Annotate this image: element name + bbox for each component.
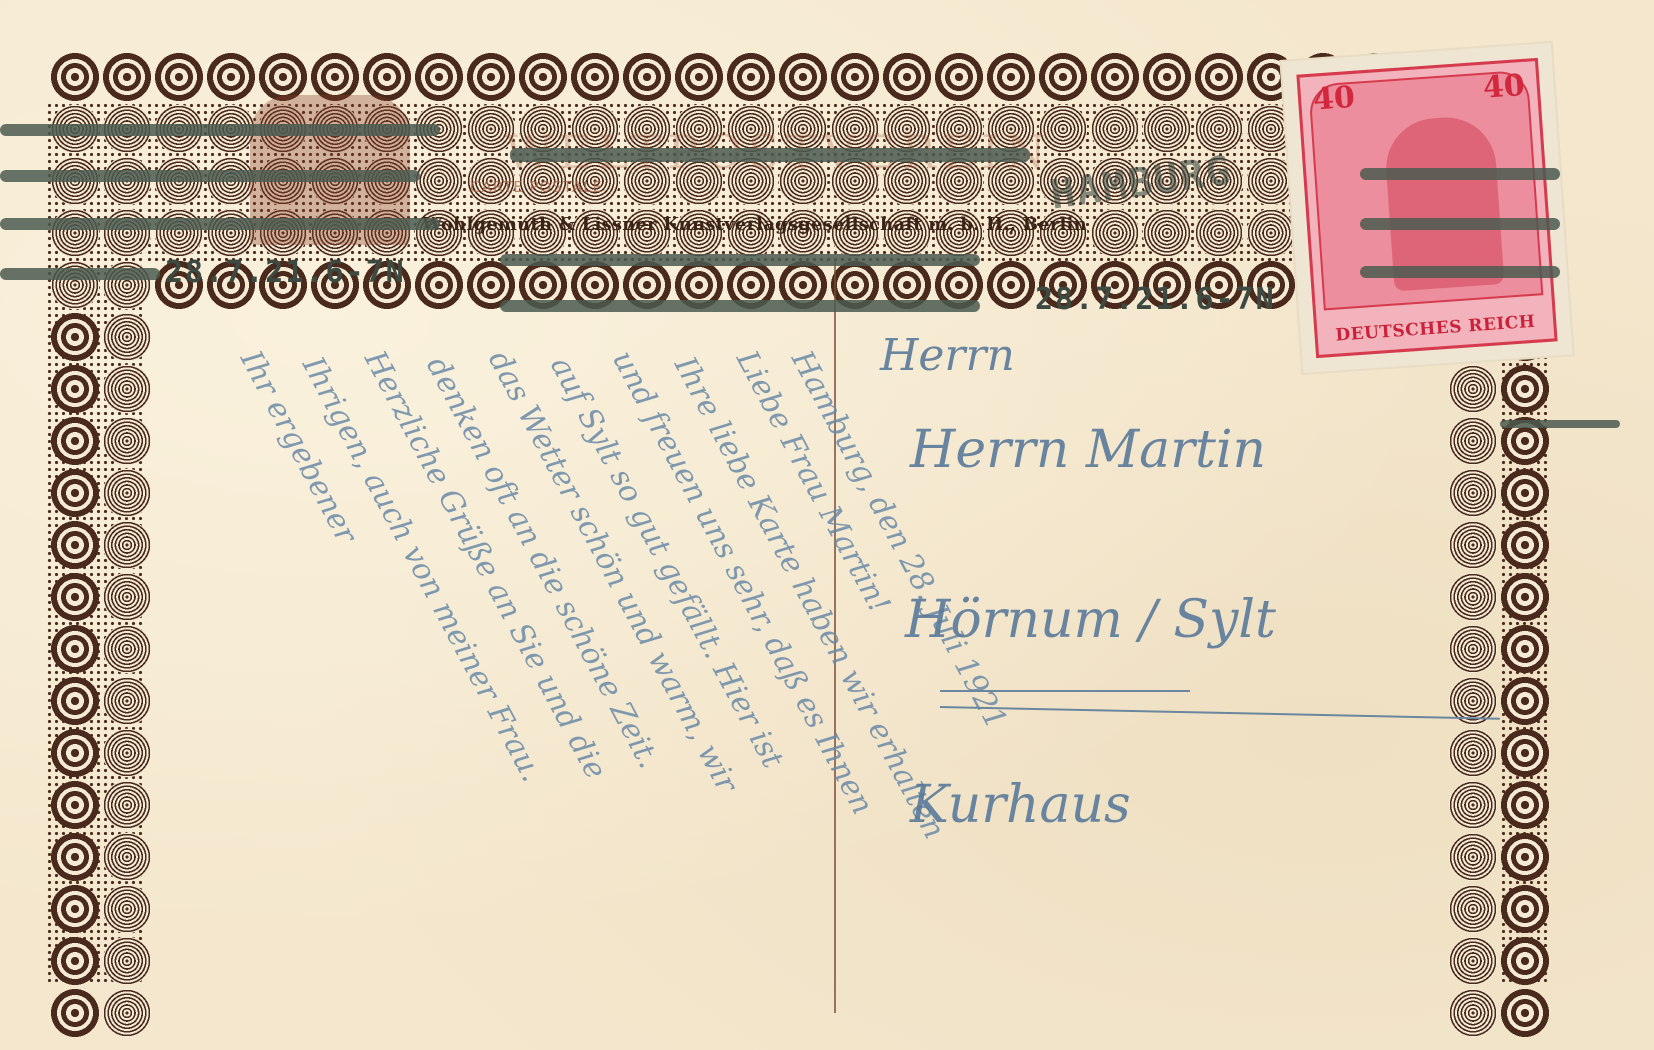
border-ring-icon — [1448, 728, 1498, 778]
border-ring-icon — [1500, 884, 1550, 934]
border-ring-icon — [882, 52, 932, 102]
border-ring-icon — [50, 572, 100, 622]
border-ring-icon — [102, 364, 152, 414]
border-ring-icon — [1500, 988, 1550, 1038]
border-ring-icon — [934, 52, 984, 102]
postcard: WELTPOSTVEREIN CARTE POSTALE Wohlgemuth … — [0, 0, 1654, 1050]
border-ring-icon — [1448, 364, 1498, 414]
border-ring-icon — [1090, 208, 1140, 258]
border-ring-icon — [102, 208, 152, 258]
border-ring-icon — [518, 52, 568, 102]
border-ring-icon — [414, 52, 464, 102]
border-ring-icon — [414, 260, 464, 310]
border-ring-icon — [1500, 520, 1550, 570]
border-ring-icon — [154, 52, 204, 102]
border-ring-icon — [50, 936, 100, 986]
cancel-bar — [0, 268, 160, 280]
address-line-4: Kurhaus — [910, 775, 1131, 835]
border-ring-icon — [570, 52, 620, 102]
border-ring-icon — [102, 728, 152, 778]
border-ring-icon — [1500, 936, 1550, 986]
border-ring-icon — [1090, 104, 1140, 154]
border-ring-icon — [102, 988, 152, 1038]
border-ring-icon — [1500, 832, 1550, 882]
cancel-bar — [0, 218, 440, 230]
germania-portrait-icon — [1383, 114, 1505, 291]
cancel-bar — [500, 300, 980, 312]
stamp-cancel-bar — [1500, 420, 1620, 428]
border-ring-icon — [1142, 104, 1192, 154]
border-ring-icon — [1500, 624, 1550, 674]
border-ring-icon — [154, 208, 204, 258]
border-ring-icon — [1448, 624, 1498, 674]
border-ring-icon — [102, 832, 152, 882]
border-ring-icon — [1500, 728, 1550, 778]
border-ring-icon — [102, 520, 152, 570]
border-ring-icon — [674, 52, 724, 102]
border-ring-icon — [726, 52, 776, 102]
border-ring-icon — [102, 468, 152, 518]
cancel-bar — [0, 170, 420, 182]
stamp-country: DEUTSCHES REICH — [1317, 310, 1554, 346]
cancel-bar — [500, 254, 980, 266]
border-ring-icon — [466, 52, 516, 102]
stamp-value-right: 40 — [1482, 68, 1526, 106]
border-ring-icon — [50, 884, 100, 934]
stamp-cancel-bar — [1360, 266, 1560, 278]
border-ring-icon — [830, 52, 880, 102]
border-ring-icon — [1194, 208, 1244, 258]
border-ring-icon — [1194, 52, 1244, 102]
postmark-date-left: 28.7.21.6-7N — [165, 255, 406, 290]
border-ring-icon — [206, 208, 256, 258]
border-ring-icon — [50, 780, 100, 830]
border-ring-icon — [50, 676, 100, 726]
border-ring-icon — [1448, 572, 1498, 622]
border-ring-icon — [50, 312, 100, 362]
publisher-line: Wohlgemuth & Lissner Kunstverlagsgesells… — [422, 214, 1087, 235]
border-ring-icon — [102, 416, 152, 466]
border-ring-icon — [50, 364, 100, 414]
border-ring-icon — [50, 208, 100, 258]
border-ring-icon — [1448, 832, 1498, 882]
border-ring-icon — [986, 260, 1036, 310]
border-ring-icon — [1246, 208, 1296, 258]
border-ring-icon — [1500, 676, 1550, 726]
border-ring-icon — [102, 312, 152, 362]
border-ring-icon — [50, 52, 100, 102]
border-ring-icon — [1142, 52, 1192, 102]
border-ring-icon — [1500, 364, 1550, 414]
border-ring-icon — [50, 988, 100, 1038]
border-ring-icon — [50, 520, 100, 570]
border-ring-icon — [1500, 572, 1550, 622]
border-ring-icon — [1448, 416, 1498, 466]
border-ring-icon — [1500, 468, 1550, 518]
border-ring-icon — [102, 676, 152, 726]
border-ring-icon — [50, 624, 100, 674]
carte-postale-label: CARTE POSTALE — [470, 178, 603, 196]
border-ring-icon — [1448, 780, 1498, 830]
border-ring-icon — [102, 936, 152, 986]
stamp-cancel-bar — [1360, 168, 1560, 180]
border-ring-icon — [102, 572, 152, 622]
stamp-frame: 40 40 DEUTSCHES REICH — [1296, 58, 1557, 358]
border-ring-icon — [1448, 988, 1498, 1038]
border-ring-icon — [1194, 104, 1244, 154]
stamp-cancel-bar — [1360, 218, 1560, 230]
border-ring-icon — [1142, 208, 1192, 258]
border-ring-icon — [102, 52, 152, 102]
cancel-bar — [0, 124, 440, 136]
border-ring-icon — [1448, 936, 1498, 986]
border-ring-icon — [102, 624, 152, 674]
border-ring-icon — [50, 832, 100, 882]
border-ring-icon — [1038, 52, 1088, 102]
postage-stamp: 40 40 DEUTSCHES REICH — [1281, 43, 1572, 373]
border-ring-icon — [206, 52, 256, 102]
border-ring-icon — [102, 884, 152, 934]
border-ring-icon — [1500, 780, 1550, 830]
border-ring-icon — [986, 52, 1036, 102]
stamp-value-left: 40 — [1312, 80, 1356, 118]
address-line-1: Herrn — [880, 330, 1015, 381]
cancel-bar — [510, 148, 1030, 162]
border-ring-icon — [778, 52, 828, 102]
border-ring-icon — [414, 156, 464, 206]
border-ring-icon — [50, 416, 100, 466]
postmark-date-main: 28.7.21.6-7N — [1035, 282, 1276, 317]
address-underline — [940, 690, 1190, 692]
border-ring-icon — [102, 780, 152, 830]
address-line-2: Herrn Martin — [910, 420, 1266, 480]
border-ring-icon — [1448, 520, 1498, 570]
border-ring-icon — [1448, 468, 1498, 518]
border-ring-icon — [50, 728, 100, 778]
address-line-3: Hörnum / Sylt — [905, 590, 1276, 650]
border-ring-icon — [50, 468, 100, 518]
border-ring-icon — [1090, 52, 1140, 102]
border-ring-icon — [1448, 884, 1498, 934]
border-ring-icon — [622, 52, 672, 102]
